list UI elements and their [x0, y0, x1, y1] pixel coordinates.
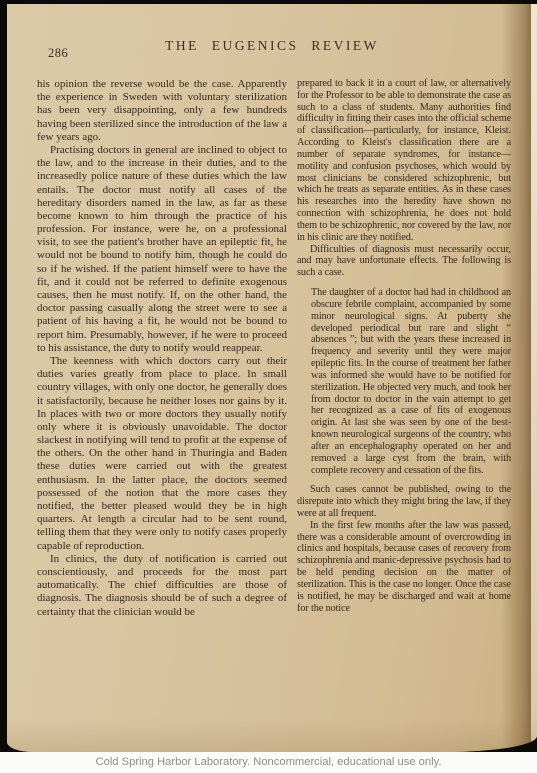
left-column: his opinion the reverse would be the cas…: [37, 78, 287, 619]
paragraph: Difficulties of diagnosis must necessari…: [297, 244, 511, 279]
page-header: 286 THE EUGENICS REVIEW: [7, 38, 537, 64]
paragraph: his opinion the reverse would be the cas…: [37, 78, 287, 144]
footer-caption: Cold Spring Harbor Laboratory. Noncommer…: [0, 752, 537, 773]
bottom-vignette: [7, 718, 537, 752]
paragraph: Practising doctors in general are inclin…: [37, 144, 287, 355]
scanned-book-photo: 286 THE EUGENICS REVIEW his opinion the …: [0, 0, 537, 773]
journal-title: THE EUGENICS REVIEW: [7, 38, 537, 54]
paragraph: The keenness with which doctors carry ou…: [37, 355, 287, 553]
paragraph: The daughter of a doctor had had in chil…: [311, 287, 511, 476]
paragraph: In the first few months after the law wa…: [297, 520, 511, 615]
page-scan: 286 THE EUGENICS REVIEW his opinion the …: [7, 4, 537, 752]
watermark-footer: Cold Spring Harbor Laboratory. Noncommer…: [0, 752, 537, 773]
page-number: 286: [48, 46, 68, 61]
paragraph: In clinics, the duty of notification is …: [37, 553, 287, 619]
paragraph: prepared to back it in a court of law, o…: [297, 78, 511, 244]
right-column: prepared to back it in a court of law, o…: [297, 78, 511, 619]
text-columns: his opinion the reverse would be the cas…: [7, 74, 537, 619]
paragraph: Such cases cannot be published, owing to…: [297, 484, 511, 519]
